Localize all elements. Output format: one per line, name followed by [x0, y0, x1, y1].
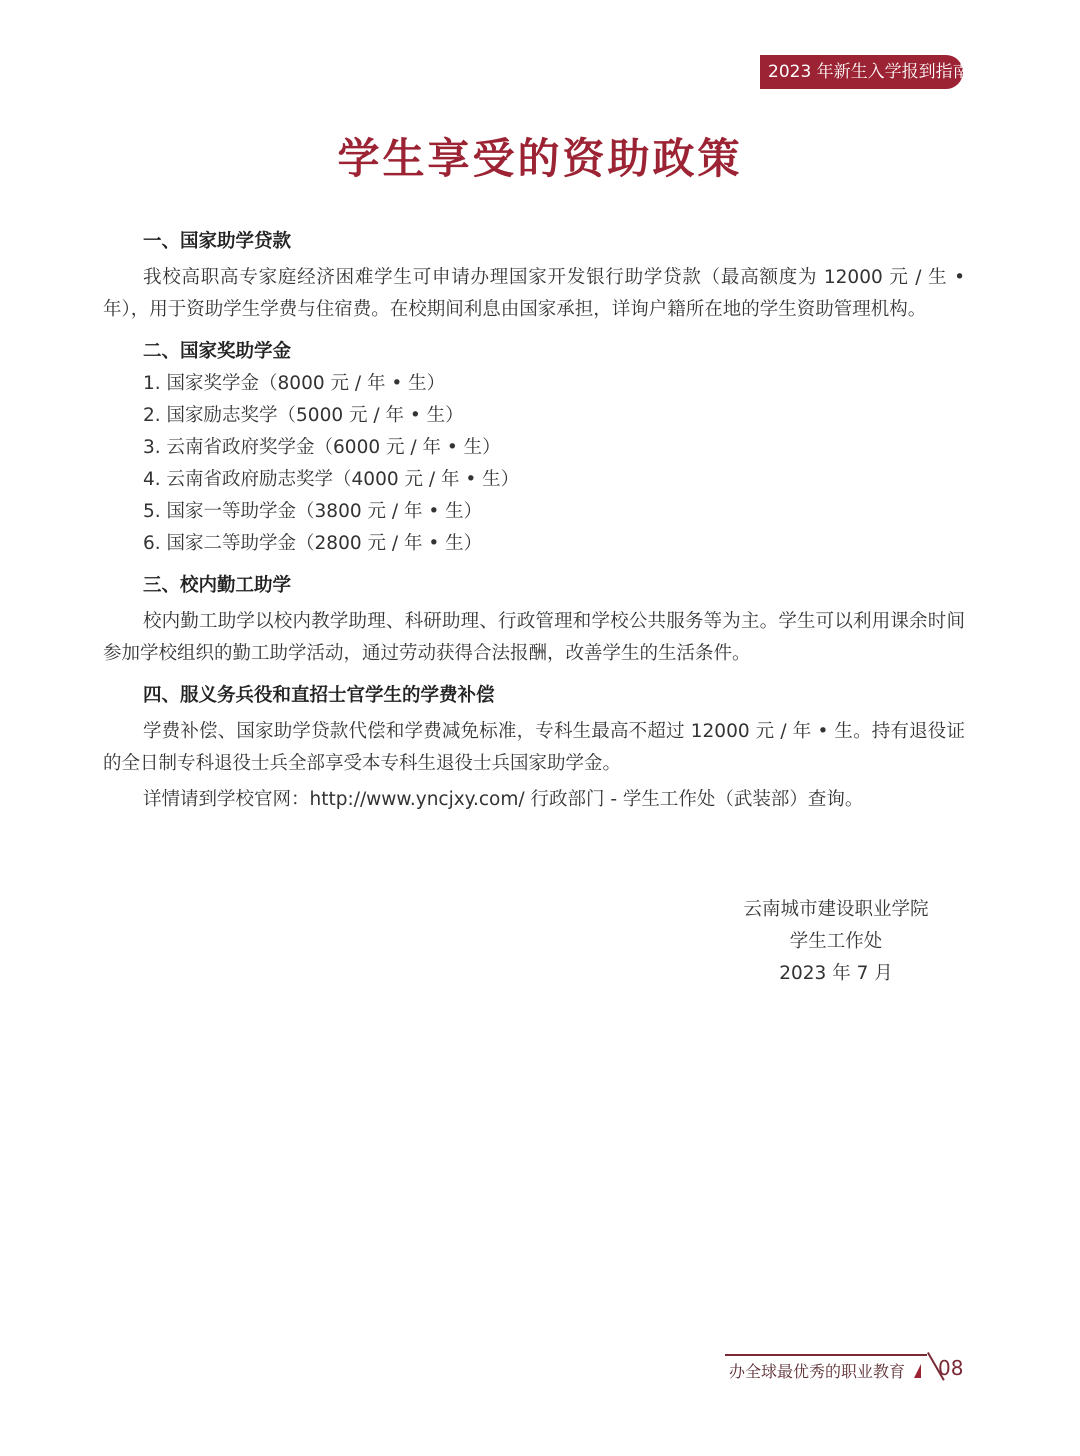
list-item: 2. 国家励志奖学（5000 元 / 年 • 生） [103, 400, 965, 432]
paragraph: 校内勤工助学以校内教学助理、科研助理、行政管理和学校公共服务等为主。学生可以利用… [103, 606, 965, 670]
page-title: 学生享受的资助政策 [0, 126, 1080, 186]
signature-org: 云南城市建设职业学院 [700, 894, 972, 926]
list-item: 4. 云南省政府励志奖学（4000 元 / 年 • 生） [103, 464, 965, 496]
footer-slogan: 办全球最优秀的职业教育 [729, 1359, 905, 1382]
list-item: 5. 国家一等助学金（3800 元 / 年 • 生） [103, 496, 965, 528]
footer-rule [725, 1354, 927, 1356]
section-heading: 一、国家助学贷款 [103, 226, 965, 258]
signature-dept: 学生工作处 [700, 926, 972, 958]
triangle-icon [914, 1364, 921, 1378]
section-heading: 四、服义务兵役和直招士官学生的学费补偿 [103, 680, 965, 712]
page-footer: 办全球最优秀的职业教育 08 [725, 1354, 965, 1384]
list-item: 6. 国家二等助学金（2800 元 / 年 • 生） [103, 528, 965, 560]
signature: 云南城市建设职业学院 学生工作处 2023 年 7 月 [700, 894, 972, 990]
policy-content: 一、国家助学贷款 我校高职高专家庭经济困难学生可申请办理国家开发银行助学贷款（最… [103, 226, 965, 816]
list-item: 3. 云南省政府奖学金（6000 元 / 年 • 生） [103, 432, 965, 464]
paragraph: 我校高职高专家庭经济困难学生可申请办理国家开发银行助学贷款（最高额度为 1200… [103, 262, 965, 326]
paragraph: 学费补偿、国家助学贷款代偿和学费减免标准，专科生最高不超过 12000 元 / … [103, 716, 965, 780]
paragraph: 详情请到学校官网：http://www.yncjxy.com/ 行政部门 - 学… [103, 784, 965, 816]
section-heading: 三、校内勤工助学 [103, 570, 965, 602]
page-number: 08 [938, 1356, 963, 1380]
guide-tag: 2023 年新生入学报到指南 [760, 55, 963, 89]
list-item: 1. 国家奖学金（8000 元 / 年 • 生） [103, 368, 965, 400]
section-heading: 二、国家奖助学金 [103, 336, 965, 368]
signature-date: 2023 年 7 月 [700, 958, 972, 990]
